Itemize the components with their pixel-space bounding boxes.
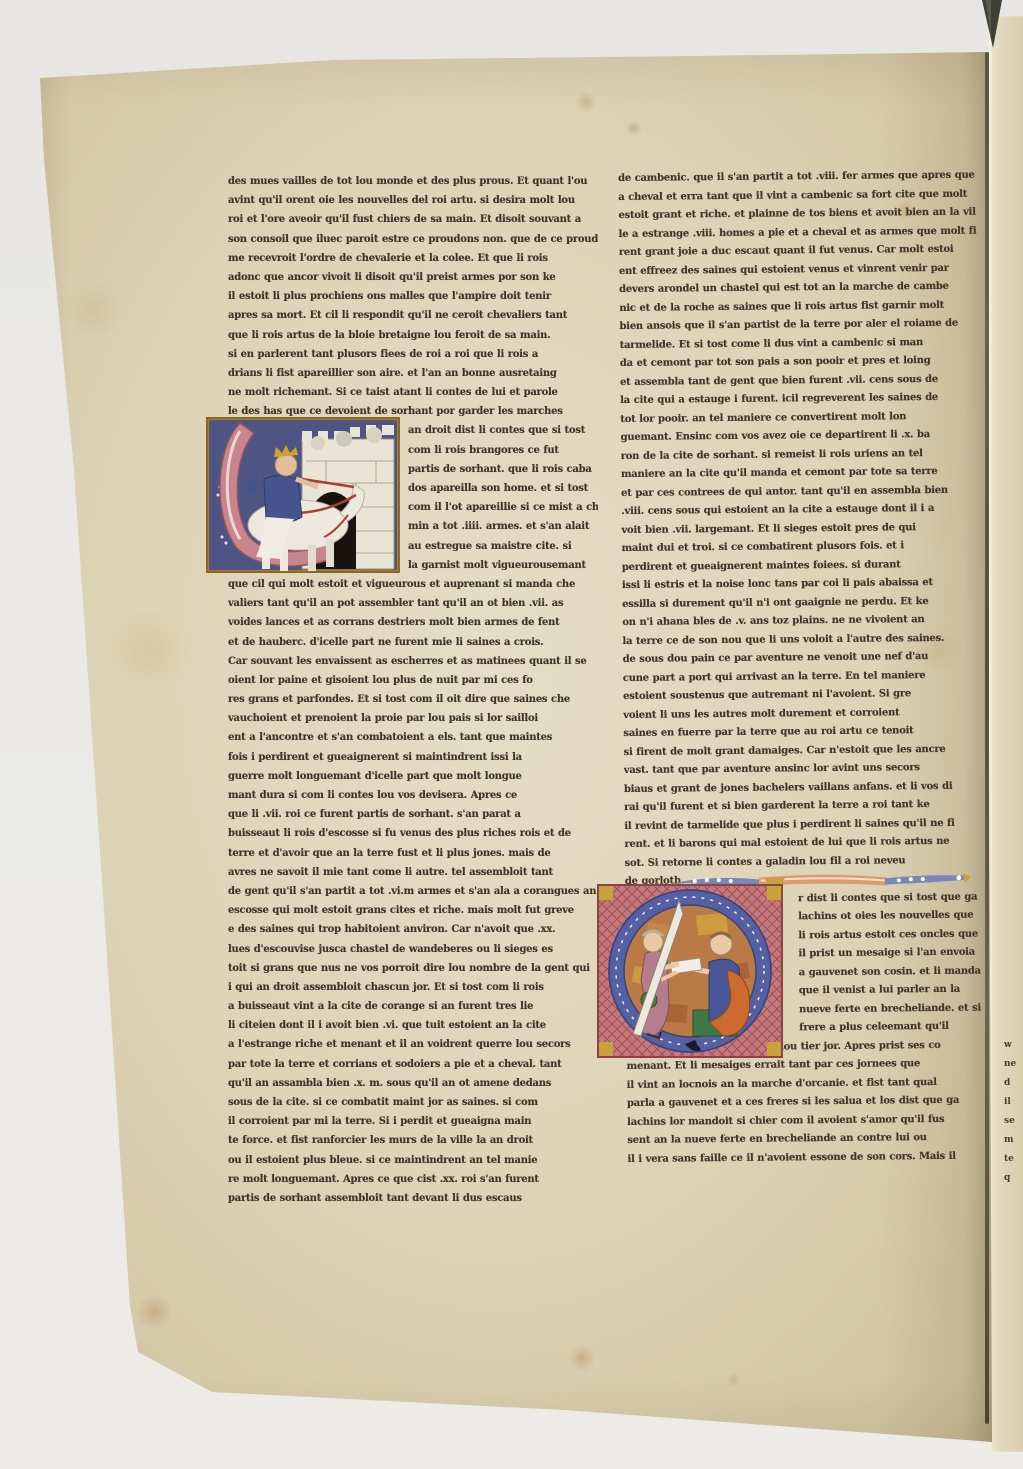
text-line: r dist li contes que si tost que ga [798,888,999,908]
text-line: a l'estrange riche et menant et il an vo… [228,1035,598,1054]
text-fragment: te [1004,1150,1023,1169]
text-line: que cil qui molt estoit et vigueurous et… [228,575,598,594]
text-line: escosse qui molt estoit grans cites et r… [228,901,598,920]
text-line: a gauvenet son cosin. et li manda [799,962,1000,982]
text-line: lues d'escouvise jusca chastel de wandeb… [228,940,598,959]
text-line: valiers tant qu'il an pot assembler tant… [228,594,598,613]
text-line: rent. et li barons qui mal estoient de l… [624,832,998,854]
text-fragment: il [1004,1093,1023,1112]
text-line: e des saines qui trop habitoient anviron… [228,920,598,939]
text-line: par tote la terre et corrians et sodoier… [228,1055,598,1074]
text-line: ne molt richemant. Si ce taist atant li … [228,383,598,402]
text-fragment: d [1004,1074,1023,1093]
text-line: i qui an droit assembloit chascun jor. E… [228,978,598,997]
text-line: a buisseaut vint a la cite de corange si… [228,997,598,1016]
text-line: partis de sorhant. que li rois caba [408,460,598,479]
text-line: ou il estoient plus bleue. si ce maintin… [228,1151,598,1170]
text-line: com il l'ot apareillie si ce mist a che [408,498,598,517]
text-line: roi et l'ore aveoir qu'il fust chiers de… [228,210,598,229]
text-line: si en parlerent tant plusors fiees de ro… [228,345,598,364]
text-line: Car souvant les envaissent as escherres … [228,652,598,671]
text-line: biaus et grant de jones bachelers vailla… [624,777,998,799]
text-line: vauchoient et prenoient la proie par lou… [228,709,598,728]
text-line: nueve ferte en brecheliande. et si [799,999,1000,1019]
text-line: bien ansois que il s'an partist de la te… [619,314,993,336]
text-line: et par ces contrees de qui antor. tant q… [621,481,995,503]
text-line: toit si grans que nus ne vos porroit dir… [228,959,598,978]
text-line: au estregue sa maistre cite. si [408,537,598,556]
text-line: li citeien dont il i avoit bien .vi. que… [228,1016,598,1035]
text-line: des mues vailles de tot lou monde et des… [228,172,598,191]
text-line: frere a plus celeemant qu'il [799,1017,1000,1037]
text-line: parla a gauvenet et a ces freres si les … [627,1091,1001,1113]
text-line: avres ne savoit il mie tant come li autr… [228,863,598,882]
facing-page-text-fragments: wnedilsemteq [1004,1036,1023,1188]
text-line: que li rois artus de la bloie bretaigne … [228,326,598,345]
text-column-left: des mues vailles de tot lou monde et des… [228,172,598,1208]
text-line: et de hauberc. d'icelle part ne furent m… [228,633,598,652]
binding-marker [979,0,1005,52]
text-line: com li rois brangores ce fut [408,441,598,460]
text-line: re molt longuemant. Apres ce que cist .x… [228,1170,598,1189]
text-line: que li .vii. roi ce furent partis de sor… [228,805,598,824]
text-line: qu'il an assambla bien .x. m. sous qu'il… [228,1074,598,1093]
text-line: il i vera sans faille ce il n'avoient es… [627,1147,1001,1169]
text-fragment: m [1004,1131,1023,1150]
text-fragment: w [1004,1036,1023,1055]
text-line: buisseaut li rois d'escosse si fu venus … [228,824,598,843]
text-fragment: ne [1004,1055,1023,1074]
text-line: res grans et parfondes. Et si tost com i… [228,690,598,709]
text-line: voides lances et as corrans destriers mo… [228,613,598,632]
text-line: adonc que ancor vivoit li disoit qu'il p… [228,268,598,287]
text-line: an droit dist li contes que si tost [408,421,598,440]
text-line: mant dura si com li contes lou vos devis… [228,786,598,805]
text-line: son consoil que iluec paroit estre ce pr… [228,230,598,249]
text-line: avint qu'il orent oie les nouvelles del … [228,191,598,210]
miniature-messenger-receives-letter [597,884,783,1058]
text-line: il estoit li plus prochiens ons malles q… [228,287,598,306]
text-line: partis de sorhant assembloit tant devant… [228,1189,598,1208]
text-line: il corroient par mi la terre. Si i perdi… [228,1112,598,1131]
miniature-king-riding-to-castle [206,417,400,573]
text-line: sous de la cite. si ce combatit maint jo… [228,1093,598,1112]
text-line: dos apareilla son home. et si tost [408,479,598,498]
text-fragment: se [1004,1112,1023,1131]
text-line: guerre molt longuemant d'icelle part que… [228,767,598,786]
text-line: ent a l'ancontre et s'an combatoient a e… [228,728,598,747]
text-line: drians li fist apareillier son aire. et … [228,364,598,383]
text-line: la garnist molt vigueurousemant [408,556,598,575]
text-line: oient lor paine et gisoient lou plus de … [228,671,598,690]
text-line: min a tot .iiii. armes. et s'an alait [408,517,598,536]
text-line: me recevroit l'ordre de chevalerie et la… [228,249,598,268]
text-line: et assembla tant de gent que bien furent… [620,370,994,392]
text-line: lachins ot oies les nouvelles que [798,906,999,926]
text-line: que il venist a lui parler an la [799,980,1000,1000]
text-line: terre et d'avoir que an la terre fust et… [228,844,598,863]
text-line: te force. et fist ranforcier les murs de… [228,1131,598,1150]
text-line: de gent qu'il s'an partit a tot .vi.m ar… [228,882,598,901]
text-line: la terre ce de son nou que li uns voloit… [622,629,996,651]
text-line: il prist un mesaige si l'an envoia [798,943,999,963]
text-line: apres sa mort. Et cil li respondit qu'il… [228,306,598,325]
text-fragment: q [1004,1169,1023,1188]
text-line: si firent de molt grant damaiges. Car n'… [624,740,998,762]
text-line: li rois artus estoit ces oncles que [798,925,999,945]
text-line: fois i perdirent et gueaignerent si main… [228,748,598,767]
